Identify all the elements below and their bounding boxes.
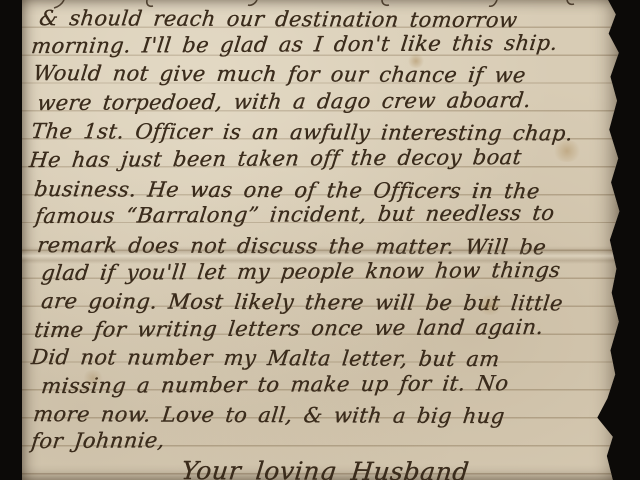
letter-line: remark does not discuss the matter. Will…	[36, 235, 547, 258]
letter-line: The 1st. Officer is an awfully interesti…	[30, 121, 574, 144]
letter-line: more now. Love to all, & with a big hug	[32, 404, 506, 427]
letter-line: missing a number to make up for it. No	[40, 373, 510, 397]
letter-line: glad if you'll let my people know how th…	[40, 260, 562, 284]
letter-line: are going. Most likely there will be but…	[40, 291, 564, 314]
letter-line: Did not number my Malta letter, but am	[30, 347, 501, 370]
letter-line: were torpedoed, with a dago crew aboard.	[36, 90, 532, 114]
letter-line: famous “Barralong” incident, but needles…	[34, 203, 556, 227]
letter-page: & should reach our destination tomorrow …	[22, 0, 620, 480]
letter-line: for Johnnie,	[30, 430, 166, 452]
scan-background: & should reach our destination tomorrow …	[0, 0, 640, 480]
letter-line: He has just been taken off the decoy boa…	[28, 147, 523, 171]
letter-line: Would not give much for our chance if we	[32, 63, 527, 86]
letter-line: & should reach our destination tomorrow	[38, 8, 518, 31]
letter-closing: Your loving Husband	[180, 458, 470, 480]
letter-line: business. He was one of the Officers in …	[33, 179, 541, 202]
letter-line: morning. I'll be glad as I don't like th…	[30, 33, 559, 57]
letter-line: time for writing letters once we land ag…	[33, 317, 545, 341]
